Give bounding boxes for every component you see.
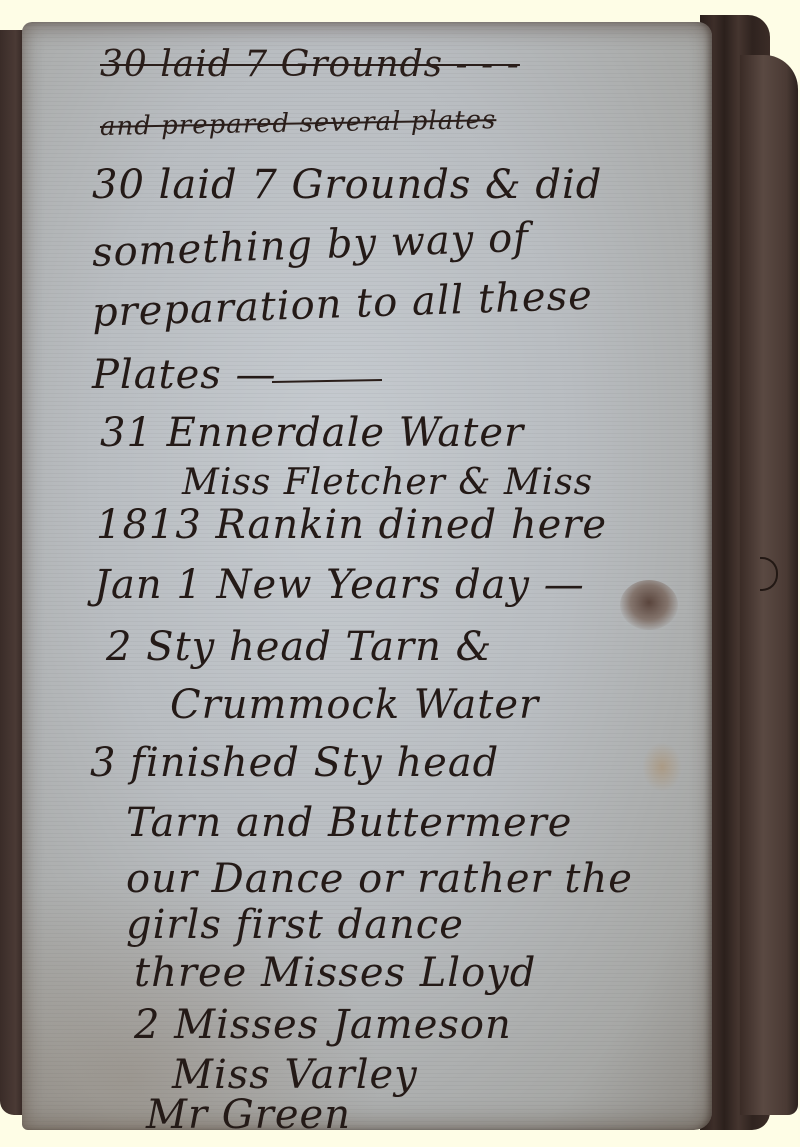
entry-line-17: three Misses Lloyd — [134, 950, 536, 996]
entry-line-13: 3 finished Sty head — [90, 740, 499, 786]
entry-line-5: preparation to all these — [91, 273, 593, 336]
entry-line-15: our Dance or rather the — [126, 856, 633, 902]
entry-line-10: Jan 1 New Years day — — [94, 562, 585, 608]
entry-line-16: girls first dance — [126, 902, 464, 948]
entry-line-11: 2 Sty head Tarn & — [106, 624, 492, 670]
flourish-stroke — [272, 379, 382, 383]
entry-line-20: Mr Green — [146, 1092, 351, 1130]
ink-blot — [620, 580, 678, 630]
entry-line-4: something by way of — [91, 215, 529, 276]
entry-line-6: Plates — — [92, 352, 277, 398]
entry-line-18: 2 Misses Jameson — [134, 1002, 512, 1048]
diary-page: 30 laid 7 Grounds - - - and prepared sev… — [22, 22, 712, 1130]
entry-line-14: Tarn and Buttermere — [126, 800, 572, 846]
diary-photo: 30 laid 7 Grounds - - - and prepared sev… — [0, 0, 800, 1147]
struck-line-1: 30 laid 7 Grounds - - - — [100, 44, 520, 85]
struck-line-2: and prepared several plates — [100, 105, 497, 142]
entry-line-8: Miss Fletcher & Miss — [182, 462, 593, 503]
foxing-stain — [642, 742, 682, 792]
entry-line-9: 1813 Rankin dined here — [96, 502, 607, 548]
entry-line-12: Crummock Water — [170, 682, 539, 728]
entry-line-3: 30 laid 7 Grounds & did — [92, 162, 602, 208]
entry-line-7: 31 Ennerdale Water — [100, 410, 524, 456]
